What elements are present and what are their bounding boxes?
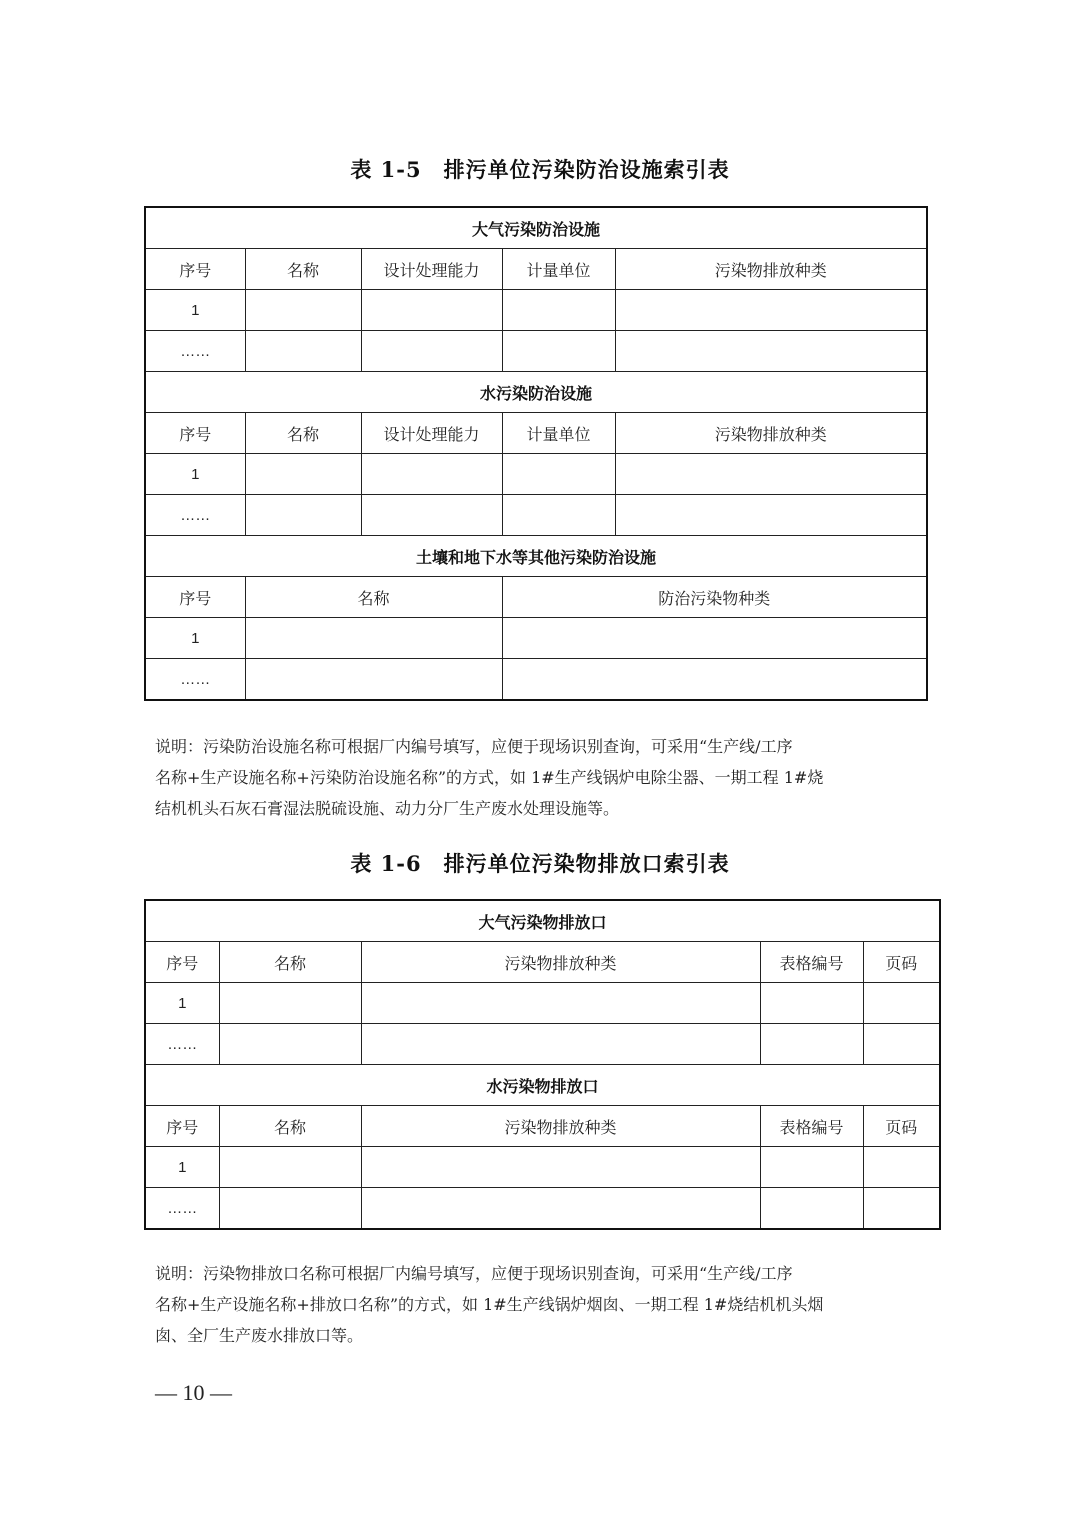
cell	[863, 1188, 940, 1230]
cell	[245, 618, 502, 659]
column-header: 序号	[145, 249, 245, 290]
cell-index: ……	[145, 495, 245, 536]
note-line: 结机机头石灰石膏湿法脱硫设施、动力分厂生产废水处理设施等。	[155, 793, 927, 824]
table-1-5-note: 说明：污染防治设施名称可根据厂内编号填写，应便于现场识别查询，可采用“生产线/工…	[155, 731, 927, 824]
column-header: 防治污染物种类	[502, 577, 927, 618]
table-1-5: 大气污染防治设施 序号 名称 设计处理能力 计量单位 污染物排放种类 1 …… …	[144, 206, 928, 701]
cell	[361, 290, 502, 331]
section-header-row: 土壤和地下水等其他污染防治设施	[145, 536, 927, 577]
cell	[361, 983, 760, 1024]
note-line: 名称+生产设施名称+排放口名称”的方式，如 1#生产线锅炉烟囱、一期工程 1#烧…	[155, 1289, 927, 1320]
table-1-6-caption: 表 1-6排污单位污染物排放口索引表	[0, 848, 1080, 878]
section-heading: 土壤和地下水等其他污染防治设施	[145, 536, 927, 577]
cell	[361, 454, 502, 495]
cell	[245, 495, 361, 536]
table-1-6-note: 说明：污染物排放口名称可根据厂内编号填写，应便于现场识别查询，可采用“生产线/工…	[155, 1258, 927, 1351]
cell	[361, 1147, 760, 1188]
column-header-row: 序号 名称 污染物排放种类 表格编号 页码	[145, 942, 940, 983]
cell	[502, 495, 615, 536]
cell	[760, 1188, 863, 1230]
column-header: 污染物排放种类	[615, 249, 927, 290]
cell	[245, 454, 361, 495]
cell	[219, 1024, 361, 1065]
column-header: 污染物排放种类	[361, 942, 760, 983]
table-row: ……	[145, 1024, 940, 1065]
table-title: 排污单位污染防治设施索引表	[444, 157, 730, 182]
note-line: 名称+生产设施名称+污染防治设施名称”的方式，如 1#生产线锅炉电除尘器、一期工…	[155, 762, 927, 793]
cell-index: 1	[145, 1147, 219, 1188]
table-row: ……	[145, 1188, 940, 1230]
page-number: — 10 —	[155, 1380, 232, 1406]
cell	[245, 659, 502, 701]
cell	[863, 1147, 940, 1188]
column-header: 名称	[245, 413, 361, 454]
table-number: 表 1-5	[350, 157, 421, 182]
note-line: 说明：污染防治设施名称可根据厂内编号填写，应便于现场识别查询，可采用“生产线/工…	[155, 731, 927, 762]
cell	[502, 454, 615, 495]
table-row: ……	[145, 495, 927, 536]
table-row: 1	[145, 618, 927, 659]
cell	[219, 1147, 361, 1188]
note-line: 囱、全厂生产废水排放口等。	[155, 1320, 927, 1351]
cell	[361, 331, 502, 372]
column-header-row: 序号 名称 设计处理能力 计量单位 污染物排放种类	[145, 249, 927, 290]
column-header: 名称	[245, 577, 502, 618]
column-header: 序号	[145, 1106, 219, 1147]
column-header: 表格编号	[760, 1106, 863, 1147]
cell	[863, 983, 940, 1024]
column-header: 名称	[219, 1106, 361, 1147]
column-header: 表格编号	[760, 942, 863, 983]
cell-index: 1	[145, 454, 245, 495]
table-row: 1	[145, 983, 940, 1024]
table-title: 排污单位污染物排放口索引表	[444, 851, 730, 876]
cell	[219, 983, 361, 1024]
column-header: 名称	[245, 249, 361, 290]
table-number: 表 1-6	[350, 851, 421, 876]
section-heading: 水污染物排放口	[145, 1065, 940, 1106]
cell	[361, 495, 502, 536]
column-header: 序号	[145, 413, 245, 454]
cell	[245, 331, 361, 372]
table-row: ……	[145, 331, 927, 372]
column-header: 计量单位	[502, 249, 615, 290]
column-header: 页码	[863, 1106, 940, 1147]
cell	[502, 331, 615, 372]
table-row: 1	[145, 290, 927, 331]
cell	[502, 618, 927, 659]
cell	[615, 331, 927, 372]
column-header: 设计处理能力	[361, 413, 502, 454]
column-header: 设计处理能力	[361, 249, 502, 290]
column-header: 名称	[219, 942, 361, 983]
cell-index: ……	[145, 1188, 219, 1230]
column-header: 污染物排放种类	[615, 413, 927, 454]
cell	[760, 983, 863, 1024]
column-header: 序号	[145, 577, 245, 618]
cell-index: 1	[145, 290, 245, 331]
table-row: 1	[145, 454, 927, 495]
cell-index: ……	[145, 331, 245, 372]
cell	[615, 290, 927, 331]
cell	[502, 659, 927, 701]
cell-index: ……	[145, 1024, 219, 1065]
section-heading: 大气污染物排放口	[145, 900, 940, 942]
cell	[615, 495, 927, 536]
section-header-row: 大气污染物排放口	[145, 900, 940, 942]
column-header: 页码	[863, 942, 940, 983]
table-1-6: 大气污染物排放口 序号 名称 污染物排放种类 表格编号 页码 1 …… 水污染物…	[144, 899, 941, 1230]
cell	[863, 1024, 940, 1065]
section-heading: 水污染防治设施	[145, 372, 927, 413]
cell	[361, 1024, 760, 1065]
section-header-row: 大气污染防治设施	[145, 207, 927, 249]
table-1-5-caption: 表 1-5排污单位污染防治设施索引表	[0, 154, 1080, 184]
column-header-row: 序号 名称 设计处理能力 计量单位 污染物排放种类	[145, 413, 927, 454]
table-row: 1	[145, 1147, 940, 1188]
cell-index: 1	[145, 618, 245, 659]
column-header-row: 序号 名称 污染物排放种类 表格编号 页码	[145, 1106, 940, 1147]
cell	[361, 1188, 760, 1230]
cell	[760, 1024, 863, 1065]
cell-index: ……	[145, 659, 245, 701]
column-header: 污染物排放种类	[361, 1106, 760, 1147]
column-header-row: 序号 名称 防治污染物种类	[145, 577, 927, 618]
cell	[502, 290, 615, 331]
section-heading: 大气污染防治设施	[145, 207, 927, 249]
cell	[760, 1147, 863, 1188]
section-header-row: 水污染防治设施	[145, 372, 927, 413]
column-header: 序号	[145, 942, 219, 983]
table-row: ……	[145, 659, 927, 701]
cell	[219, 1188, 361, 1230]
note-line: 说明：污染物排放口名称可根据厂内编号填写，应便于现场识别查询，可采用“生产线/工…	[155, 1258, 927, 1289]
section-header-row: 水污染物排放口	[145, 1065, 940, 1106]
column-header: 计量单位	[502, 413, 615, 454]
cell-index: 1	[145, 983, 219, 1024]
cell	[245, 290, 361, 331]
cell	[615, 454, 927, 495]
